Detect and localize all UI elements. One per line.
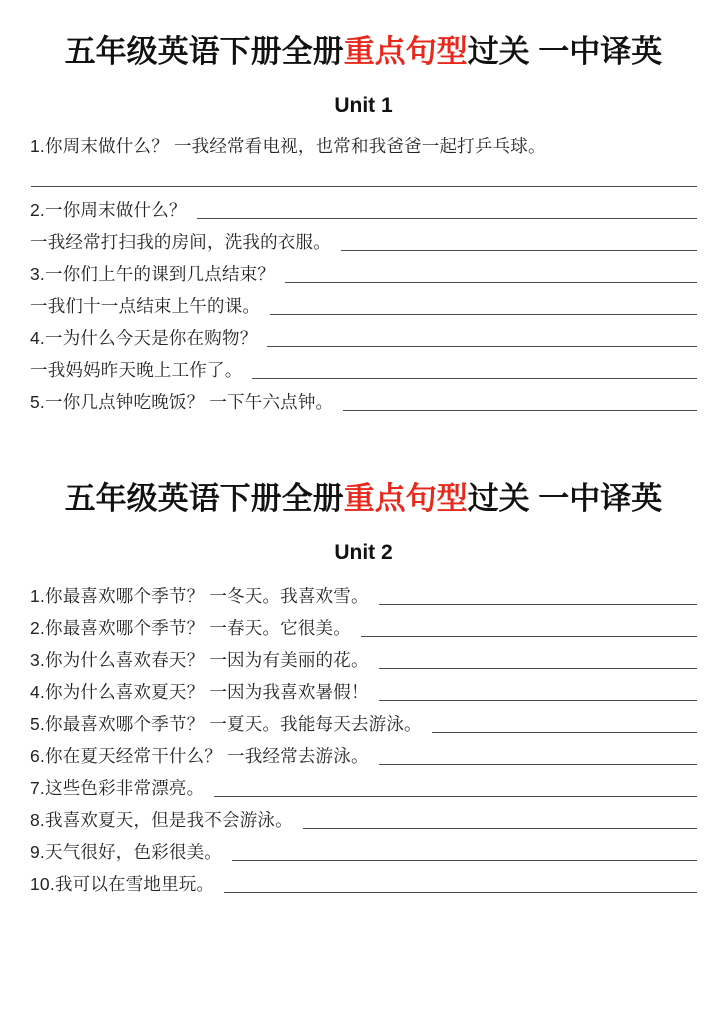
answer-blank xyxy=(31,185,697,187)
question-text: 6.你在夏天经常干什么？ 一我经常去游泳。 xyxy=(30,743,369,771)
answer-blank xyxy=(224,891,697,893)
question-line: 4.你为什么喜欢夏天？ 一因为我喜欢暑假！ xyxy=(30,675,697,707)
question-text: 5.一你几点钟吃晚饭？ 一下午六点钟。 xyxy=(30,389,333,417)
question-line: 一我们十一点结束上午的课。 xyxy=(30,289,697,321)
question-line: 8.我喜欢夏天，但是我不会游泳。 xyxy=(30,803,697,835)
question-line: 10.我可以在雪地里玩。 xyxy=(30,867,697,899)
question-line: 9.天气很好，色彩很美。 xyxy=(30,835,697,867)
question-line: 1.你周末做什么？ 一我经常看电视，也常和我爸爸一起打乒乓球。 xyxy=(30,129,697,161)
answer-blank xyxy=(379,603,697,605)
answer-blank xyxy=(270,313,697,315)
question-text: 10.我可以在雪地里玩。 xyxy=(30,871,214,899)
question-text: 一我妈妈昨天晚上工作了。 xyxy=(30,357,242,385)
answer-blank xyxy=(343,409,697,411)
unit-heading: Unit 2 xyxy=(30,541,697,565)
question-list: 1.你最喜欢哪个季节？ 一冬天。我喜欢雪。2.你最喜欢哪个季节？ 一春天。它很美… xyxy=(30,579,697,899)
question-list: 1.你周末做什么？ 一我经常看电视，也常和我爸爸一起打乒乓球。2.一你周末做什么… xyxy=(30,129,697,417)
question-line xyxy=(30,161,697,193)
question-text: 2.你最喜欢哪个季节？ 一春天。它很美。 xyxy=(30,615,351,643)
answer-blank xyxy=(361,635,697,637)
question-text: 9.天气很好，色彩很美。 xyxy=(30,839,222,867)
question-line: 5.你最喜欢哪个季节？ 一夏天。我能每天去游泳。 xyxy=(30,707,697,739)
answer-blank xyxy=(197,217,697,219)
answer-blank xyxy=(379,699,697,701)
question-text: 3.你为什么喜欢春天？ 一因为有美丽的花。 xyxy=(30,647,369,675)
question-text: 3.一你们上午的课到几点结束？ xyxy=(30,261,275,289)
question-line: 4.一为什么今天是你在购物？ xyxy=(30,321,697,353)
answer-blank xyxy=(432,731,697,733)
question-line: 1.你最喜欢哪个季节？ 一冬天。我喜欢雪。 xyxy=(30,579,697,611)
doc-title-highlight: 重点句型 xyxy=(344,481,468,516)
question-text: 一我经常打扫我的房间，洗我的衣服。 xyxy=(30,229,331,257)
question-line: 3.你为什么喜欢春天？ 一因为有美丽的花。 xyxy=(30,643,697,675)
doc-title-prefix: 五年级英语下册全册 xyxy=(65,34,344,69)
answer-blank xyxy=(341,249,697,251)
question-line: 6.你在夏天经常干什么？ 一我经常去游泳。 xyxy=(30,739,697,771)
question-text: 一我们十一点结束上午的课。 xyxy=(30,293,260,321)
question-text: 1.你最喜欢哪个季节？ 一冬天。我喜欢雪。 xyxy=(30,583,369,611)
question-line: 一我经常打扫我的房间，洗我的衣服。 xyxy=(30,225,697,257)
question-text: 8.我喜欢夏天，但是我不会游泳。 xyxy=(30,807,293,835)
question-text: 2.一你周末做什么？ xyxy=(30,197,187,225)
doc-title-prefix: 五年级英语下册全册 xyxy=(65,481,344,516)
question-line: 3.一你们上午的课到几点结束？ xyxy=(30,257,697,289)
worksheet-section: 五年级英语下册全册重点句型过关 一中译英 Unit 2 1.你最喜欢哪个季节？ … xyxy=(30,481,697,899)
answer-blank xyxy=(214,795,697,797)
question-line: 2.你最喜欢哪个季节？ 一春天。它很美。 xyxy=(30,611,697,643)
question-line: 7.这些色彩非常漂亮。 xyxy=(30,771,697,803)
worksheet-section: 五年级英语下册全册重点句型过关 一中译英 Unit 1 1.你周末做什么？ 一我… xyxy=(30,34,697,417)
answer-blank xyxy=(232,859,697,861)
question-text: 7.这些色彩非常漂亮。 xyxy=(30,775,204,803)
doc-title-suffix: 过关 一中译英 xyxy=(468,34,663,69)
answer-blank xyxy=(252,377,697,379)
question-line: 一我妈妈昨天晚上工作了。 xyxy=(30,353,697,385)
answer-blank xyxy=(379,667,697,669)
unit-heading: Unit 1 xyxy=(30,94,697,118)
question-text: 1.你周末做什么？ 一我经常看电视，也常和我爸爸一起打乒乓球。 xyxy=(30,133,546,161)
doc-title-highlight: 重点句型 xyxy=(344,34,468,69)
question-text: 4.一为什么今天是你在购物？ xyxy=(30,325,257,353)
question-text: 4.你为什么喜欢夏天？ 一因为我喜欢暑假！ xyxy=(30,679,369,707)
answer-blank xyxy=(379,763,697,765)
answer-blank xyxy=(267,345,697,347)
question-text: 5.你最喜欢哪个季节？ 一夏天。我能每天去游泳。 xyxy=(30,711,422,739)
question-line: 5.一你几点钟吃晚饭？ 一下午六点钟。 xyxy=(30,385,697,417)
doc-title: 五年级英语下册全册重点句型过关 一中译英 xyxy=(30,34,697,70)
answer-blank xyxy=(285,281,697,283)
worksheet-page: 五年级英语下册全册重点句型过关 一中译英 Unit 1 1.你周末做什么？ 一我… xyxy=(0,0,724,1024)
answer-blank xyxy=(303,827,697,829)
question-line: 2.一你周末做什么？ xyxy=(30,193,697,225)
doc-title-suffix: 过关 一中译英 xyxy=(468,481,663,516)
doc-title: 五年级英语下册全册重点句型过关 一中译英 xyxy=(30,481,697,517)
